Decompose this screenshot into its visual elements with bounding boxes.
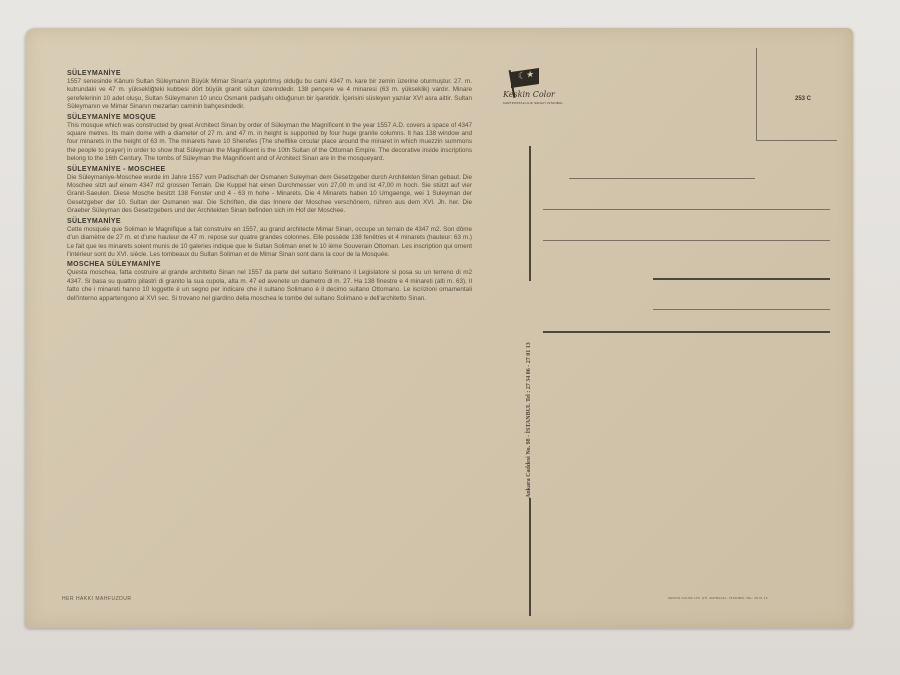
section-turkish: SÜLEYMANİYE 1557 senesinde Kânuni Sultan…	[67, 70, 472, 112]
section-body: Die Süleymaniye-Moschee wurde im Jahre 1…	[67, 174, 472, 216]
center-divider-bottom	[529, 498, 531, 616]
section-body: Cette mosquée que Soliman le Magnifique …	[67, 226, 472, 260]
turkish-flag-icon	[511, 68, 539, 88]
copyright-notice: HER HAKKI MAHFUZDUR	[62, 596, 132, 602]
section-german: SÜLEYMANİYE - MOSCHEE Die Süleymaniye-Mo…	[67, 166, 472, 216]
section-title: MOSCHEA SÜLEYMANİYE	[67, 261, 472, 268]
center-divider-top	[529, 146, 531, 281]
description-column: SÜLEYMANİYE 1557 senesinde Kânuni Sultan…	[67, 68, 472, 305]
section-italian: MOSCHEA SÜLEYMANİYE Questa moschea, fatt…	[67, 261, 472, 303]
publisher-address: Ankara Caddesi No. 98 - İSTANBUL Tel : 2…	[526, 268, 532, 498]
section-body: 1557 senesinde Kânuni Sultan Süleymanın …	[67, 78, 472, 112]
section-title: SÜLEYMANİYE - MOSCHEE	[67, 166, 472, 173]
publisher-logo: Keskin Color KARTPOSTALCILIK SANAYI ISTA…	[503, 64, 583, 114]
section-french: SÜLEYMANİYE Cette mosquée que Soliman le…	[67, 218, 472, 260]
section-title: SÜLEYMANİYE MOSQUE	[67, 114, 472, 121]
printer-imprint: KESKIN COLOR LTD. ŞTİ. MATBAASI - İSTANB…	[668, 596, 768, 600]
section-body: This mosque which was constructed by gre…	[67, 122, 472, 164]
address-line	[543, 331, 830, 333]
section-title: SÜLEYMANİYE	[67, 218, 472, 225]
address-line	[569, 178, 755, 179]
publisher-brand: Keskin Color	[503, 90, 555, 99]
address-line	[653, 278, 830, 280]
postcard-back: SÜLEYMANİYE 1557 senesinde Kânuni Sultan…	[25, 28, 853, 628]
section-english: SÜLEYMANİYE MOSQUE This mosque which was…	[67, 114, 472, 164]
stamp-box: 253 C	[756, 48, 837, 141]
card-code: 253 C	[795, 96, 811, 102]
address-line	[543, 209, 830, 210]
address-line	[653, 309, 830, 310]
publisher-tagline: KARTPOSTALCILIK SANAYI ISTANBUL	[503, 101, 563, 105]
address-line	[543, 240, 830, 241]
section-body: Questa moschea, fatta costruire al grand…	[67, 269, 472, 303]
section-title: SÜLEYMANİYE	[67, 70, 472, 77]
